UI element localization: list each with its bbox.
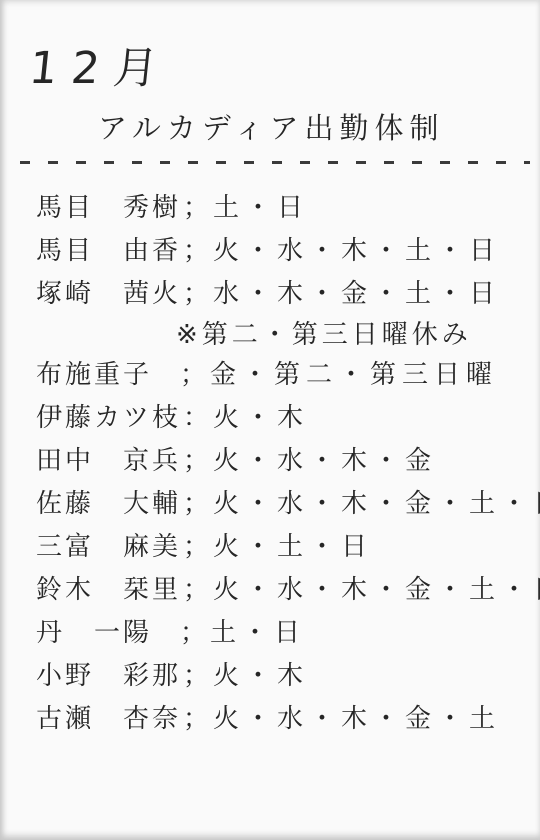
schedule-row: 布施重子 ；金・第二・第三日曜 [36, 351, 534, 394]
work-days: 火・土・日 [213, 526, 373, 563]
staff-name: 古瀬 杏奈 [36, 698, 181, 735]
separator: ； [183, 483, 209, 520]
schedule-row: 伊藤カツ枝：火・木 [36, 394, 534, 437]
staff-name: 鈴木 栞里 [36, 569, 181, 606]
schedule-row: 丹 一陽 ；土・日 [36, 609, 534, 652]
separator: ； [183, 698, 209, 735]
schedule-row: 鈴木 栞里；火・水・木・金・土・日 [36, 566, 534, 609]
separator: ： [183, 397, 209, 434]
work-days: 火・水・木・土・日 [213, 230, 501, 267]
work-days: 火・木 [213, 397, 309, 434]
separator: ； [183, 187, 209, 224]
separator: ； [183, 273, 209, 310]
month-title: 12月 [27, 32, 176, 96]
work-days: 金・第二・第三日曜 [210, 354, 498, 391]
staff-name: 佐藤 大輔 [36, 483, 181, 520]
schedule-list: 馬目 秀樹；土・日 馬目 由香；火・水・木・土・日 塚崎 茜火；水・木・金・土・… [36, 184, 534, 738]
separator: ； [154, 612, 206, 649]
separator: ； [183, 230, 209, 267]
work-days: 火・木 [213, 655, 309, 692]
work-days: 土・日 [210, 612, 306, 649]
staff-name: 田中 京兵 [36, 440, 181, 477]
staff-name: 塚崎 茜火 [36, 273, 181, 310]
work-days: 土・日 [213, 187, 309, 224]
handwritten-note-photo: 12月 アルカディア出勤体制 馬目 秀樹；土・日 馬目 由香；火・水・木・土・日… [0, 0, 540, 840]
staff-name: 馬目 由香 [36, 230, 181, 267]
dashed-divider [20, 161, 530, 164]
work-days: 火・水・木・金・土・日 [213, 569, 540, 606]
page-title: アルカディア出勤体制 [98, 106, 445, 147]
schedule-row: 小野 彩那；火・木 [36, 652, 534, 695]
schedule-row: 塚崎 茜火；水・木・金・土・日 [36, 270, 534, 313]
staff-name: 三富 麻美 [36, 526, 181, 563]
note-row: ※第二・第三日曜休み [176, 313, 534, 351]
work-days: 火・水・木・金・土・日 [213, 483, 540, 520]
separator: ； [154, 354, 206, 391]
separator: ； [183, 569, 209, 606]
staff-name: 伊藤カツ枝 [36, 397, 181, 434]
schedule-row: 佐藤 大輔；火・水・木・金・土・日 [36, 480, 534, 523]
work-days: 火・水・木・金 [213, 440, 437, 477]
schedule-row: 馬目 秀樹；土・日 [36, 184, 534, 227]
schedule-row: 馬目 由香；火・水・木・土・日 [36, 227, 534, 270]
staff-name: 馬目 秀樹 [36, 187, 181, 224]
schedule-row: 田中 京兵；火・水・木・金 [36, 437, 534, 480]
schedule-row: 古瀬 杏奈；火・水・木・金・土 [36, 695, 534, 738]
staff-name: 小野 彩那 [36, 655, 181, 692]
staff-name: 丹 一陽 [36, 612, 152, 649]
separator: ； [183, 526, 209, 563]
note-text: ※第二・第三日曜休み [176, 314, 472, 351]
schedule-row: 三富 麻美；火・土・日 [36, 523, 534, 566]
work-days: 火・水・木・金・土 [213, 698, 501, 735]
separator: ； [183, 655, 209, 692]
work-days: 水・木・金・土・日 [213, 273, 501, 310]
staff-name: 布施重子 [36, 354, 152, 391]
separator: ； [183, 440, 209, 477]
